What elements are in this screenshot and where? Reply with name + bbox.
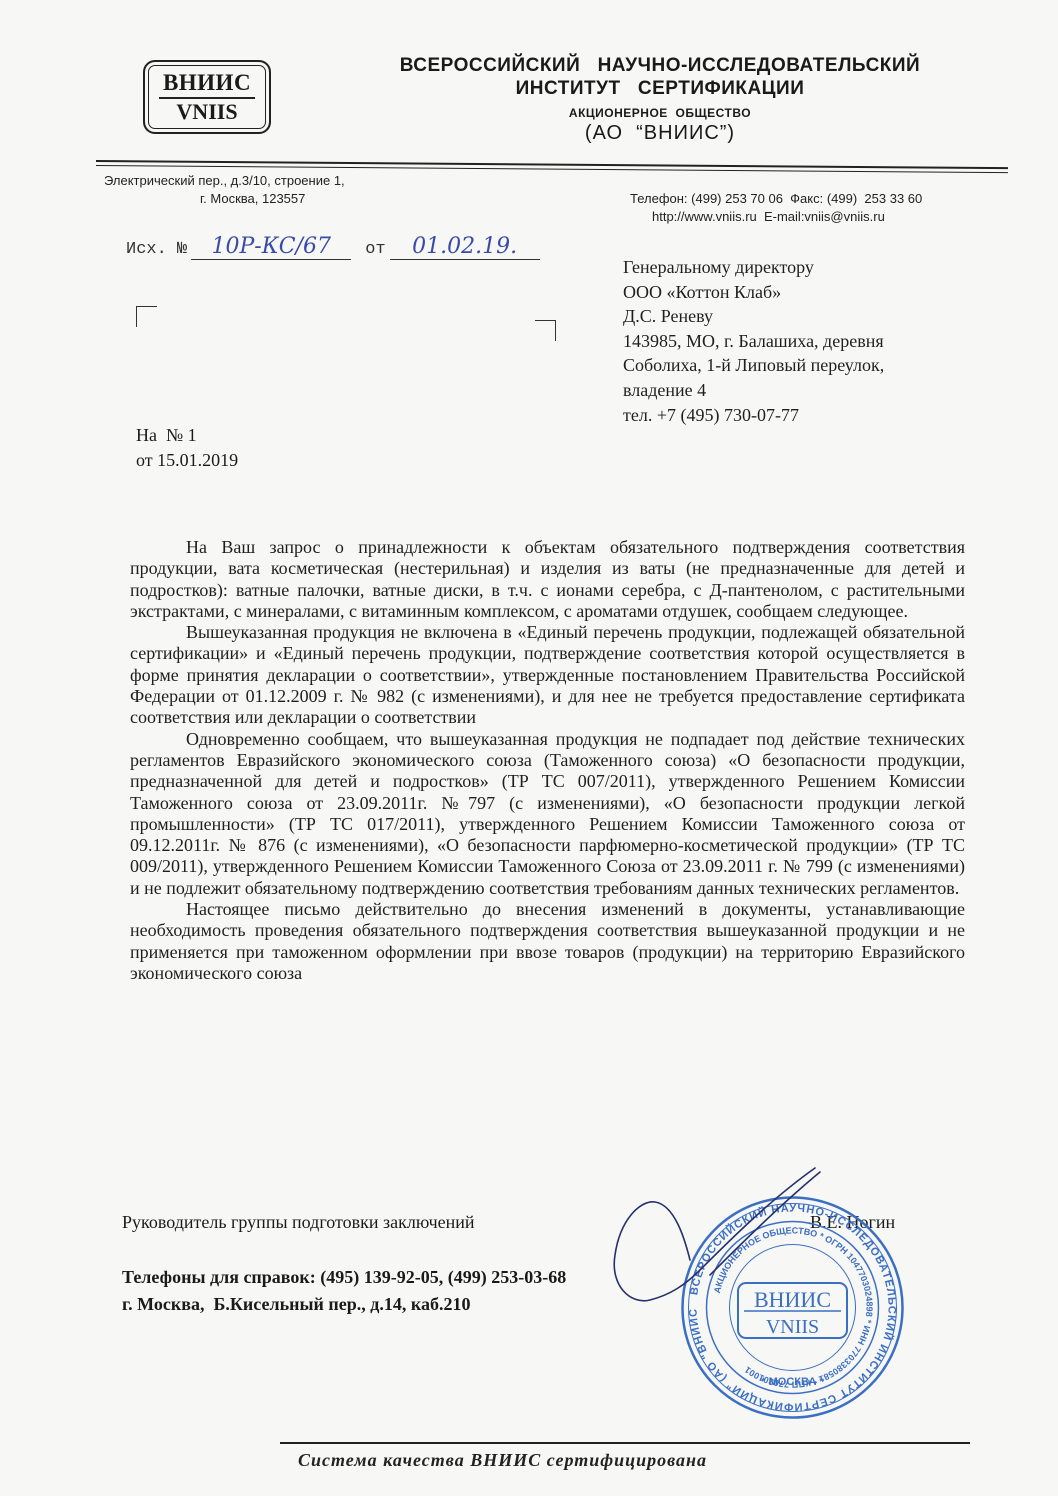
quality-system-note: Система качества ВНИИС сертифицирована — [298, 1450, 707, 1471]
contacts-block: Телефоны для справок: (495) 139-92-05, (… — [122, 1264, 566, 1318]
handwritten-signature — [590, 1160, 830, 1310]
recipient-line: 143985, МО, г. Балашиха, деревня — [623, 329, 884, 354]
recipient-line: Генеральному директору — [623, 255, 884, 280]
org-address-line1: Электрический пер., д.3/10, строение 1, — [104, 172, 345, 189]
stamp-city: * МОСКВА * — [761, 1376, 824, 1388]
logo-text-ru: ВНИИС — [145, 69, 269, 97]
signatory-title: Руководитель группы подготовки заключени… — [122, 1212, 475, 1233]
letter-body: На Ваш запрос о принадлежности к объекта… — [130, 537, 965, 984]
outgoing-date-field: 01.02.19. — [390, 234, 540, 260]
body-paragraph: Настоящее письмо действительно до внесен… — [130, 899, 965, 984]
reference-block: На № 1 от 15.01.2019 — [136, 423, 238, 473]
outgoing-number-row: Исх. № 10Р-КС/67 от 01.02.19. — [126, 234, 540, 260]
recipient-line: Д.С. Реневу — [623, 304, 884, 329]
vniis-logo: ВНИИС VNIIS — [143, 60, 271, 134]
org-phone-fax: Телефон: (499) 253 70 06 Факс: (499) 253… — [630, 190, 922, 207]
body-paragraph: Вышеуказанная продукция не включена в «Е… — [130, 622, 965, 728]
corner-mark-left — [136, 306, 157, 327]
org-name-line1: ВСЕРОССИЙСКИЙ НАУЧНО-ИССЛЕДОВАТЕЛЬСКИЙ — [360, 55, 960, 77]
recipient-line: тел. +7 (495) 730-07-77 — [623, 403, 884, 428]
body-paragraph: Одновременно сообщаем, что вышеуказанная… — [130, 729, 965, 899]
contacts-address: г. Москва, Б.Кисельный пер., д.14, каб.2… — [122, 1291, 566, 1318]
outgoing-label: Исх. № — [126, 240, 187, 259]
body-paragraph: На Ваш запрос о принадлежности к объекта… — [130, 537, 965, 622]
org-short-name: (АО “ВНИИС”) — [360, 122, 960, 145]
recipient-line: владение 4 — [623, 378, 884, 403]
outgoing-date: 01.02.19. — [412, 234, 517, 259]
outgoing-number: 10Р-КС/67 — [211, 234, 331, 259]
org-address-line2: г. Москва, 123557 — [200, 190, 305, 207]
contacts-phones: Телефоны для справок: (495) 139-92-05, (… — [122, 1264, 566, 1291]
footer-rule — [280, 1442, 970, 1444]
logo-text-en: VNIIS — [145, 99, 269, 125]
org-web-email: http://www.vniis.ru E-mail:vniis@vniis.r… — [652, 208, 885, 225]
recipient-line: Соболиха, 1-й Липовый переулок, — [623, 353, 884, 378]
outgoing-date-label: от — [365, 240, 385, 259]
reference-date: от 15.01.2019 — [136, 448, 238, 473]
outgoing-number-field: 10Р-КС/67 — [191, 234, 351, 260]
recipient-block: Генеральному директору ООО «Коттон Клаб»… — [623, 255, 884, 427]
corner-mark-right — [535, 320, 556, 341]
org-name-line2: ИНСТИТУТ СЕРТИФИКАЦИИ — [360, 78, 960, 100]
org-type: АКЦИОНЕРНОЕ ОБЩЕСТВО — [360, 106, 960, 120]
stamp-logo-bottom: VNIIS — [766, 1316, 819, 1338]
recipient-line: ООО «Коттон Клаб» — [623, 280, 884, 305]
reference-number: На № 1 — [136, 423, 238, 448]
